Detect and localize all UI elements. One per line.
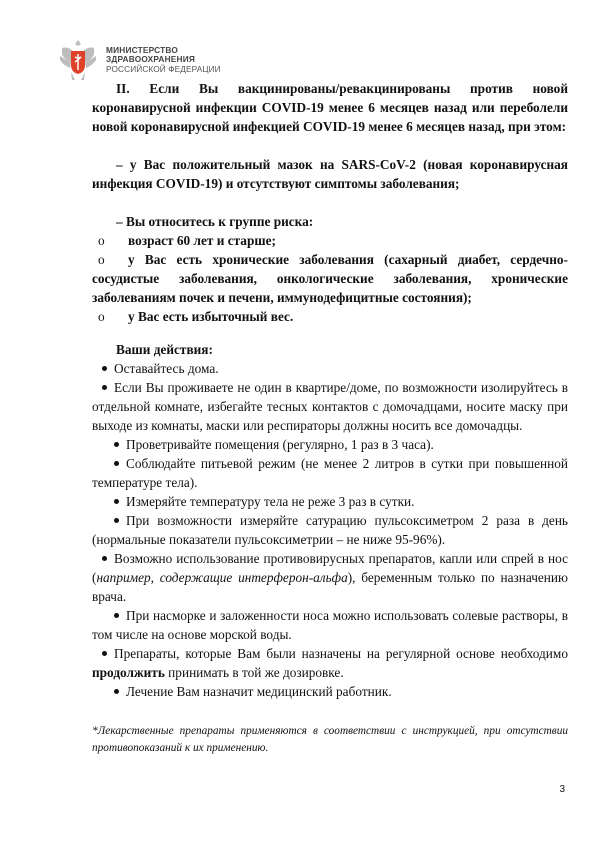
risk-item: o возраст 60 лет и старше; (92, 231, 568, 250)
risk-item: o у Вас есть избыточный вес. (92, 307, 568, 326)
action-item: Если Вы проживаете не один в квартире/до… (92, 378, 568, 435)
risk-item: oу Вас есть хронические заболевания (сах… (92, 250, 568, 307)
section-heading: II. Если Вы вакцинированы/ревакцинирован… (92, 79, 568, 136)
org-name-line3: РОССИЙСКОЙ ФЕДЕРАЦИИ (106, 65, 221, 75)
action-item-antiviral: Возможно использование противовирусных п… (92, 549, 568, 606)
page-number: 3 (559, 784, 565, 795)
action-item-continue: Препараты, которые Вам были назначены на… (92, 644, 568, 682)
action-item-treatment: Лечение Вам назначит медицинский работни… (92, 682, 568, 701)
bullet-icon (102, 651, 107, 656)
bullet-icon (114, 518, 119, 523)
bullet-icon (102, 556, 107, 561)
bullet-icon (114, 442, 119, 447)
bullet-icon (102, 366, 107, 371)
bullet-icon (114, 461, 119, 466)
circle-bullet-icon: o (92, 231, 128, 250)
circle-bullet-icon: o (92, 307, 128, 326)
bullet-icon (114, 689, 119, 694)
actions-title: Ваши действия: (92, 340, 568, 359)
action-item: При возможности измеряйте сатурацию пуль… (92, 511, 568, 549)
action-item: Измеряйте температуру тела не реже 3 раз… (92, 492, 568, 511)
condition-positive-swab: – у Вас положительный мазок на SARS-CoV-… (92, 155, 568, 193)
action-item: Проветривайте помещения (регулярно, 1 ра… (92, 435, 568, 454)
action-item: Оставайтесь дома. (92, 359, 568, 378)
ministry-logo: МИНИСТЕРСТВО ЗДРАВООХРАНЕНИЯ РОССИЙСКОЙ … (58, 38, 228, 82)
action-item: Соблюдайте питьевой режим (не менее 2 ли… (92, 454, 568, 492)
circle-bullet-icon: o (98, 250, 128, 269)
bullet-icon (114, 499, 119, 504)
bullet-icon (114, 613, 119, 618)
bullet-icon (102, 385, 107, 390)
eagle-emblem-icon (58, 38, 98, 82)
footnote: *Лекарственные препараты применяются в с… (92, 723, 568, 757)
condition-risk-group: – Вы относитесь к группе риска: (92, 212, 568, 231)
action-item-saline: При насморке и заложенности носа можно и… (92, 606, 568, 644)
document-body: II. Если Вы вакцинированы/ревакцинирован… (92, 79, 568, 701)
